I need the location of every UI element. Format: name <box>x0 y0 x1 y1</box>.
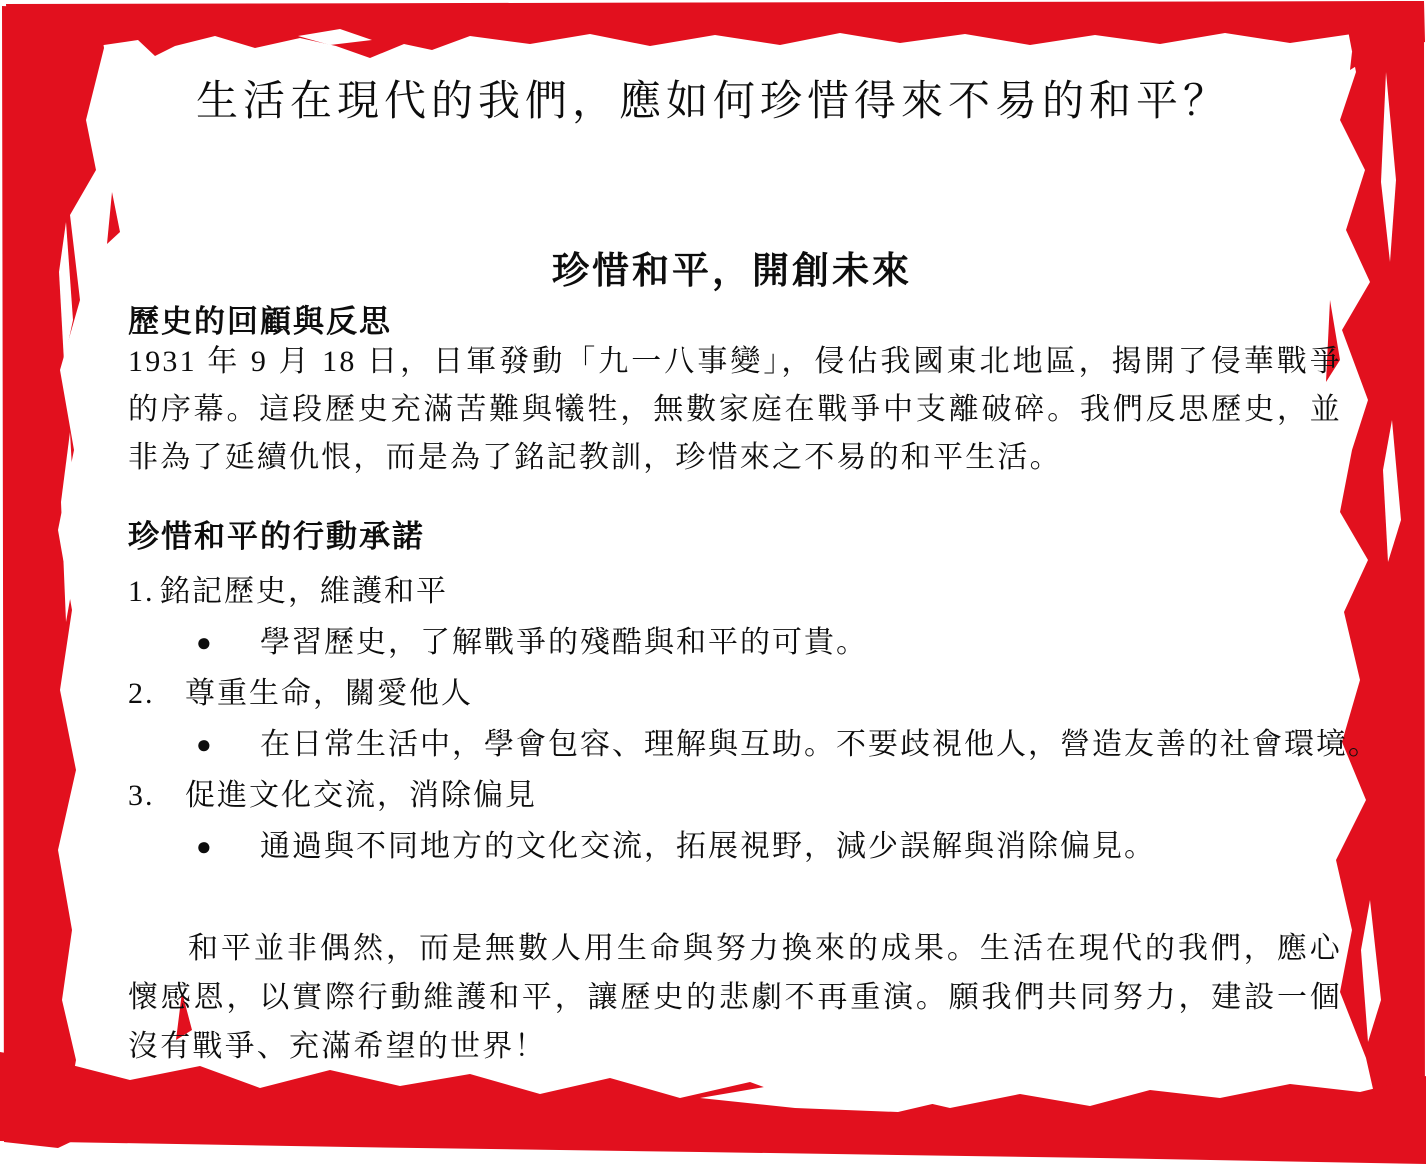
document-content: 生活在現代的我們，應如何珍惜得來不易的和平？ 珍惜和平，開創未來 歷史的回顧與反… <box>0 0 1426 1164</box>
article-title: 珍惜和平，開創未來 <box>128 240 1336 294</box>
list-item-detail: 在日常生活中，學會包容、理解與互助。不要歧視他人，營造友善的社會環境。 <box>260 728 1380 761</box>
list-item-title-line: 2.尊重生命，關愛他人 <box>128 668 1342 719</box>
list-item-detail-line: ●在日常生活中，學會包容、理解與互助。不要歧視他人，營造友善的社會環境。 <box>128 719 1342 770</box>
list-item-title: 銘記歷史，維護和平 <box>160 575 448 608</box>
document-question-title: 生活在現代的我們，應如何珍惜得來不易的和平？ <box>120 68 1306 128</box>
list-item: 3.促進文化交流，消除偏見 ●通過與不同地方的文化交流，拓展視野，減少誤解與消除… <box>128 770 1342 872</box>
document-page: 生活在現代的我們，應如何珍惜得來不易的和平？ 珍惜和平，開創未來 歷史的回顧與反… <box>0 0 1426 1164</box>
list-item: 1.銘記歷史，維護和平 ●學習歷史，了解戰爭的殘酷與和平的可貴。 <box>128 566 1342 668</box>
section-heading-actions: 珍惜和平的行動承諾 <box>128 511 425 556</box>
bullet-icon: ● <box>196 719 260 770</box>
list-item-detail: 通過與不同地方的文化交流，拓展視野，減少誤解與消除偏見。 <box>260 830 1156 863</box>
bullet-icon: ● <box>196 617 260 668</box>
action-commitment-list: 1.銘記歷史，維護和平 ●學習歷史，了解戰爭的殘酷與和平的可貴。 2.尊重生命，… <box>128 566 1342 872</box>
list-item-title-line: 1.銘記歷史，維護和平 <box>128 566 1342 617</box>
list-item-title-line: 3.促進文化交流，消除偏見 <box>128 770 1342 821</box>
section-heading-history: 歷史的回顧與反思 <box>128 296 392 341</box>
list-item-number: 1. <box>128 566 160 617</box>
list-item-title: 促進文化交流，消除偏見 <box>185 779 537 812</box>
closing-paragraph: 和平並非偶然，而是無數人用生命與努力換來的成果。生活在現代的我們，應心懷感恩，以… <box>128 924 1342 1071</box>
list-item-detail-line: ●通過與不同地方的文化交流，拓展視野，減少誤解與消除偏見。 <box>128 821 1342 872</box>
list-item-number: 2. <box>128 668 185 719</box>
list-item-detail: 學習歷史，了解戰爭的殘酷與和平的可貴。 <box>260 626 868 659</box>
list-item-title: 尊重生命，關愛他人 <box>185 677 473 710</box>
list-item-number: 3. <box>128 770 185 821</box>
list-item: 2.尊重生命，關愛他人 ●在日常生活中，學會包容、理解與互助。不要歧視他人，營造… <box>128 668 1342 770</box>
bullet-icon: ● <box>196 821 260 872</box>
list-item-detail-line: ●學習歷史，了解戰爭的殘酷與和平的可貴。 <box>128 617 1342 668</box>
history-paragraph: 1931 年 9 月 18 日，日軍發動「九一八事變」，侵佔我國東北地區，揭開了… <box>128 338 1342 482</box>
